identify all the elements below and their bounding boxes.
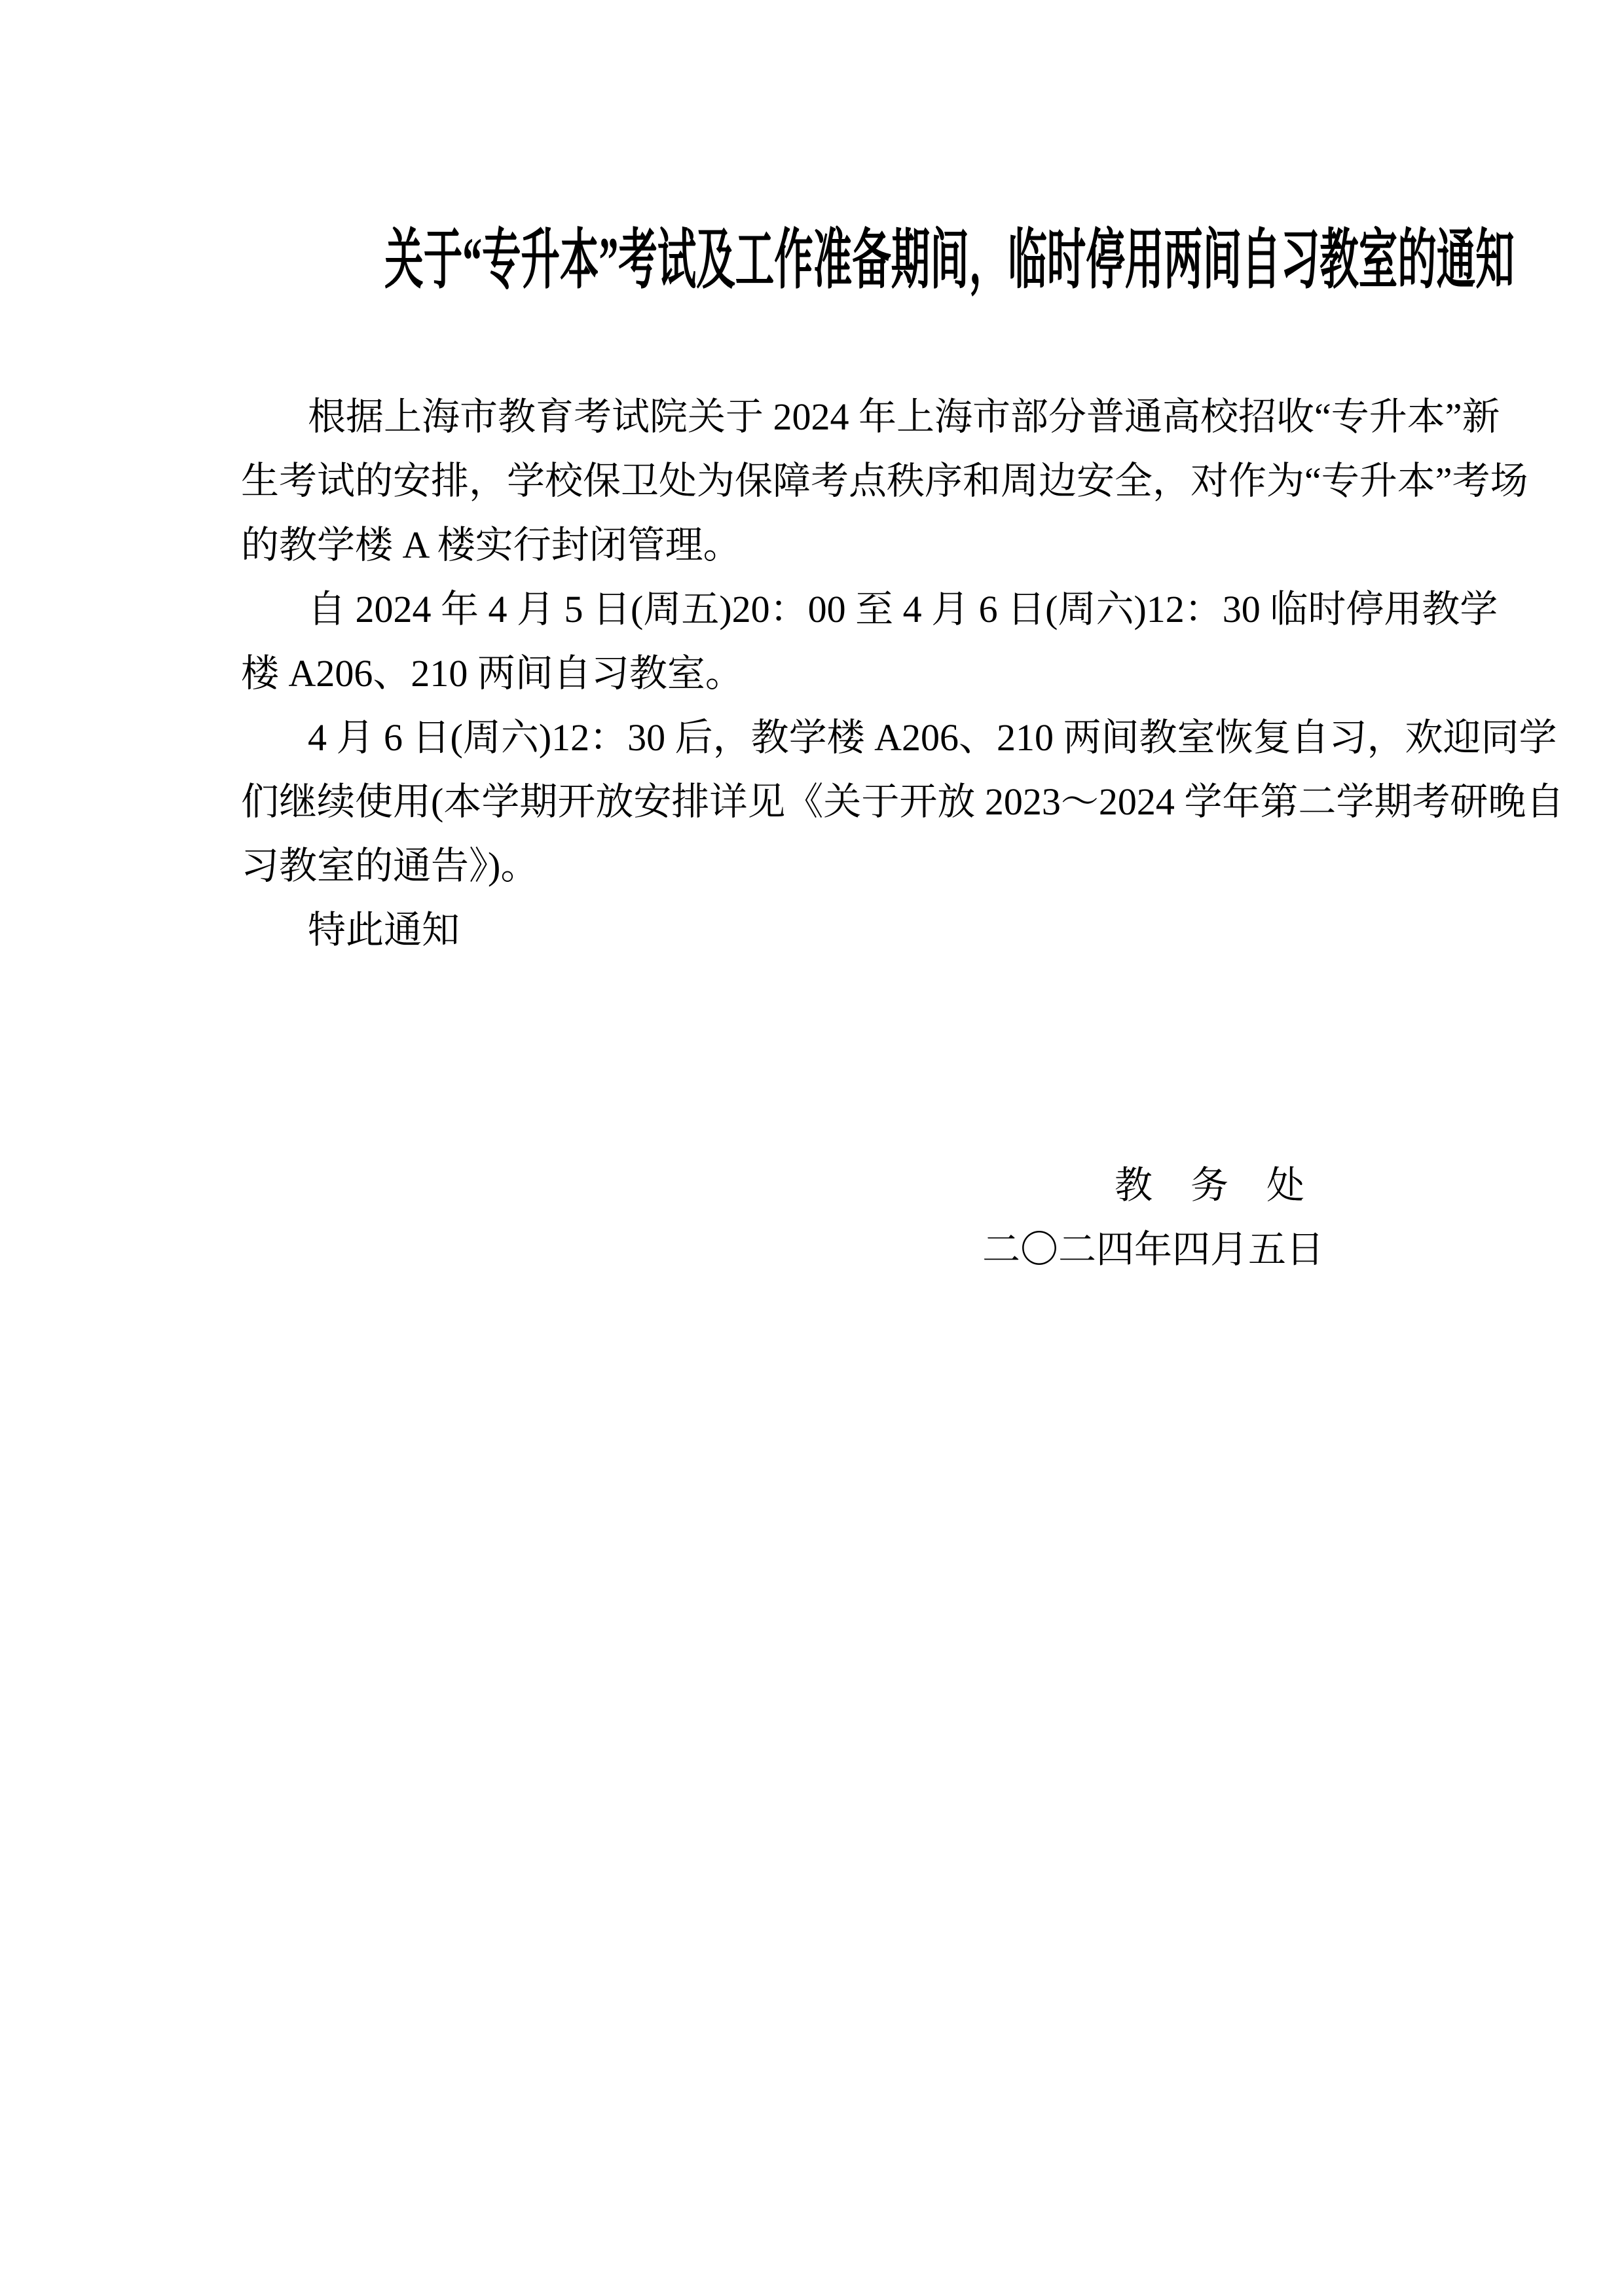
signature-department: 教 务 处 xyxy=(0,1154,1304,1218)
paragraph-1-line-3: 的教学楼 A 楼实行封闭管理。 xyxy=(241,513,1383,577)
paragraph-3-line-1: 4 月 6 日(周六)12：30 后，教学楼 A206、210 两间教室恢复自习… xyxy=(241,706,1383,770)
paragraph-3-line-2: 们继续使用(本学期开放安排详见《关于开放 2023～2024 学年第二学期考研晚… xyxy=(241,770,1383,834)
closing-line: 特此通知 xyxy=(241,898,1383,962)
notice-page: 关于“专升本”考试及工作准备期间，临时停用两间自习教室的通知 根据上海市教育考试… xyxy=(0,0,1624,2296)
paragraph-3-line-3: 习教室的通告》)。 xyxy=(241,834,1383,898)
paragraph-2-line-1: 自 2024 年 4 月 5 日(周五)20：00 至 4 月 6 日(周六)1… xyxy=(241,577,1383,642)
paragraph-1-line-1: 根据上海市教育考试院关于 2024 年上海市部分普通高校招收“专升本”新 xyxy=(241,385,1383,449)
notice-title-text: 关于“专升本”考试及工作准备期间，临时停用两间自习教室的通知 xyxy=(384,220,1515,301)
signature-date: 二〇二四年四月五日 xyxy=(0,1218,1324,1282)
paragraph-2-line-2: 楼 A206、210 两间自习教室。 xyxy=(241,642,1383,706)
notice-body: 根据上海市教育考试院关于 2024 年上海市部分普通高校招收“专升本”新 生考试… xyxy=(241,385,1383,962)
signature-block: 教 务 处 二〇二四年四月五日 xyxy=(0,1154,1324,1282)
paragraph-1-line-2: 生考试的安排，学校保卫处为保障考点秩序和周边安全，对作为“专升本”考场 xyxy=(241,449,1383,513)
notice-title: 关于“专升本”考试及工作准备期间，临时停用两间自习教室的通知 xyxy=(0,0,1624,301)
